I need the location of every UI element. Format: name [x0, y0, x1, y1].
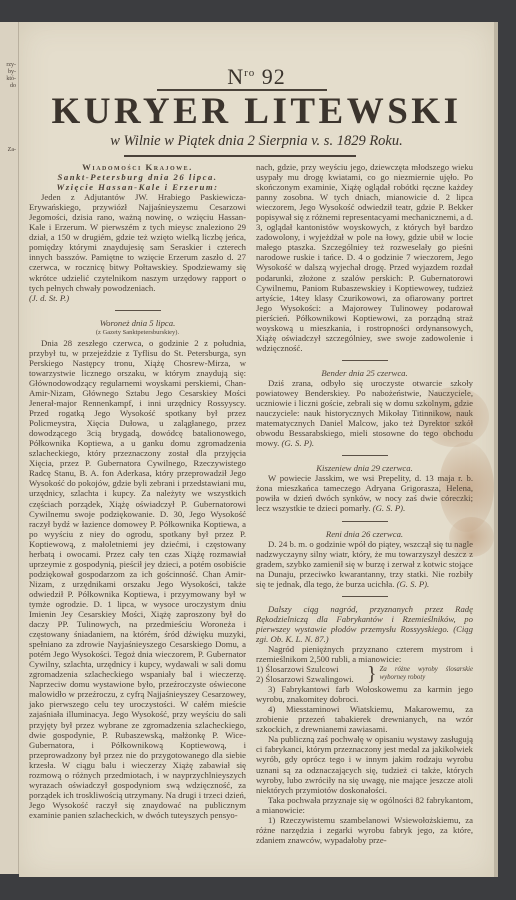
prev-page-fragment: do [10, 83, 16, 90]
article-body: Dziś zrana, odbyło się uroczyste otwarci… [256, 378, 473, 448]
prize-note: Za różne wyroby ślosarskie wyborney robo… [380, 666, 473, 682]
article-body: D. 24 b. m. o godzinie wpół do piątey, w… [256, 539, 473, 589]
article-intro: Dalszy ciąg nagród, przyznanych przez Ra… [256, 604, 473, 644]
section-header: Wiadomości Krajowe. [29, 162, 246, 172]
prev-page-fragment: by- [8, 69, 16, 76]
prev-page-fragment: Za- [8, 147, 16, 154]
article-dateline: Kiszeniew dnia 29 czerwca. [256, 463, 473, 473]
prize-item: 3) Fabrykantowi farb Wołoskowemu za karm… [256, 684, 473, 704]
article-body: W powiecie Jasskim, we wsi Prepelity, d.… [256, 473, 473, 513]
article-body: Dnia 28 zeszłego czerwca, o godzinie 2 z… [29, 338, 246, 820]
dateline: w Wilnie w Piątek dnia 2 Sierpnia v. s. … [19, 133, 494, 150]
newspaper-page: Nro 92 KURYER LITEWSKI w Wilnie w Piątek… [19, 22, 494, 877]
newspaper-title: KURYER LITEWSKI [19, 90, 494, 133]
article-body: Taka pochwała przyznaje się w ogólności … [256, 795, 473, 815]
article-dateline: Sankt-Petersburg dnia 26 lipca. [29, 172, 246, 182]
prize-item: 1) Ślosarzowi Szulcowi [256, 664, 364, 674]
prev-page-fragment: któ- [6, 76, 16, 83]
article-dateline: Reni dnia 26 czerwca. [256, 529, 473, 539]
article-separator [342, 521, 388, 522]
issue-number: Nro 92 [19, 64, 494, 90]
article-body: Nagród pieniężnych przyznano czterem mys… [256, 644, 473, 664]
article-body: Jeden z Adjutantów JW. Hrabiego Paskiewi… [29, 192, 246, 292]
prize-item: 2) Ślosarzowi Szwalingowi. [256, 674, 364, 684]
article-separator [342, 360, 388, 361]
article-separator [115, 310, 161, 311]
article-separator [342, 455, 388, 456]
article-dateline: Bender dnia 25 czerwca. [256, 368, 473, 378]
article-dateline: Woroneż dnia 5 lipca. [29, 318, 246, 328]
brace-glyph: } [367, 665, 377, 683]
masthead-rule [124, 155, 356, 157]
article-separator [342, 596, 388, 597]
article-body: 1) Rzeczywistemu szambelanowi Wsiewołożs… [256, 815, 473, 845]
article-body: Na publiczną zaś pochwałę w opisaniu wys… [256, 734, 473, 794]
article-source: (z Gazety Sanktpetersburskiey). [29, 328, 246, 338]
previous-page-edge: rzy- by- któ- do Za- [0, 22, 19, 874]
page-edge [494, 22, 498, 877]
prize-list: 1) Ślosarzowi Szulcowi 2) Ślosarzowi Szw… [256, 664, 473, 684]
right-column: nach, gdzie, przy weyściu jego, dziewczę… [256, 162, 473, 845]
article-headline: Wzięcie Hassan-Kale i Erzerum: [29, 182, 246, 192]
left-column: Wiadomości Krajowe. Sankt-Petersburg dni… [29, 162, 246, 820]
article-source: (J. d. St. P.) [29, 293, 246, 303]
article-body-continued: nach, gdzie, przy weyściu jego, dziewczę… [256, 162, 473, 353]
prize-item: 4) Miesstaminowi Wiatskiemu, Makarowemu,… [256, 704, 473, 734]
prev-page-fragment: rzy- [6, 62, 16, 69]
